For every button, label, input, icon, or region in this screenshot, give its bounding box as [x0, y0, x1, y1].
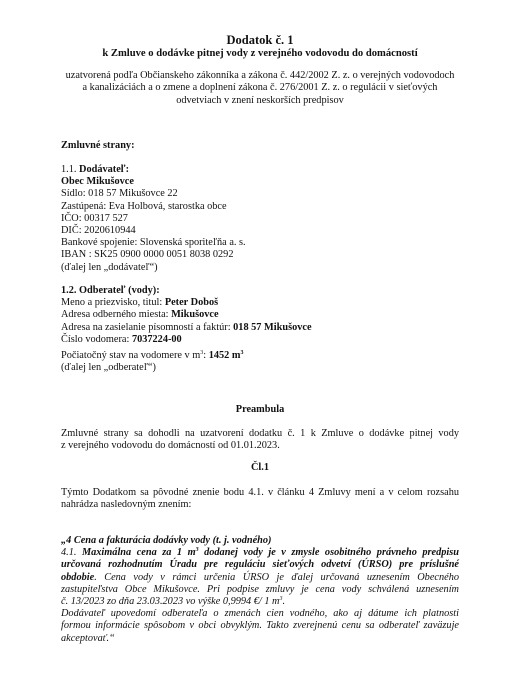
- preamble-line: Zmluvné strany sa dohodli na uzatvorení …: [61, 428, 459, 440]
- supplier-represented: Zastúpená: Eva Holbová, starostka obce: [61, 201, 461, 213]
- intro-line: uzatvorená podľa Občianskeho zákonníka a…: [40, 70, 480, 82]
- quote-p1-line2-text: určovaná rozhodnutím Úradu pre reguláciu…: [61, 559, 459, 570]
- customer-mail: Adresa na zasielanie písomností a faktúr…: [61, 322, 461, 334]
- customer-section: 1.2. Odberateľ (vody): Meno a priezvisko…: [61, 285, 461, 346]
- customer-mail-label: Adresa na zasielanie písomností a faktúr…: [61, 322, 233, 333]
- customer-place-label: Adresa odberného miesta:: [61, 309, 171, 320]
- customer-place: Adresa odberného miesta: Mikušovce: [61, 309, 461, 321]
- customer-alias: (ďalej len „odberateľ“): [61, 362, 461, 374]
- document-page: Dodatok č. 1 k Zmluve o dodávke pitnej v…: [0, 0, 520, 680]
- supplier-alias: (ďalej len „dodávateľ“): [61, 262, 461, 274]
- quote-p1-line1: 4.1. Maximálna cena za 1 m3 dodanej vody…: [61, 547, 459, 559]
- customer-place-value: Mikušovce: [171, 309, 218, 320]
- quote-p1-bold-a: Maximálna cena za 1 m: [82, 547, 196, 558]
- supplier-ico: IČO: 00317 527: [61, 213, 461, 225]
- supplier-heading: 1.1. Dodávateľ:: [61, 164, 461, 176]
- intro-line: odvetviach v znení neskorších predpisov: [40, 95, 480, 107]
- quote-section-title-text: „4 Cena a fakturácia dodávky vody (t. j.…: [61, 535, 272, 546]
- initial-state-label: Počiatočný stav na vodomere v m: [61, 350, 200, 361]
- customer-name: Meno a priezvisko, titul: Peter Doboš: [61, 297, 461, 309]
- quote-p2-line: formou informácie spôsobom v obci obvykl…: [61, 620, 459, 632]
- article1-text: Týmto Dodatkom sa pôvodné znenie bodu 4.…: [61, 487, 459, 511]
- article1-heading: Čl.1: [0, 462, 520, 474]
- supplier-name-text: Obec Mikušovce: [61, 176, 134, 187]
- supplier-bank: Bankové spojenie: Slovenská sporiteľňa a…: [61, 237, 461, 249]
- quote-p1-line5-text: č. 13/2023 zo dňa 23.03.2023 vo výške 0,…: [61, 596, 280, 607]
- supplier-iban: IBAN : SK25 0900 0000 0051 8038 0292: [61, 249, 461, 261]
- quote-p1-line2: určovaná rozhodnutím Úradu pre reguláciu…: [61, 559, 459, 571]
- document-title: Dodatok č. 1: [0, 33, 520, 48]
- intro-line: a kanalizáciách a o zmene a doplnení zák…: [40, 82, 480, 94]
- customer-meter-value: 7037224-00: [132, 334, 182, 345]
- supplier-label: Dodávateľ:: [79, 164, 129, 175]
- quote-p1-line3-rest: . Cena vody v rámci určenia ÚRSO je ďale…: [94, 572, 459, 583]
- quote-p2-line: akceptovať.“: [61, 633, 459, 645]
- quote-p1-line5: č. 13/2023 zo dňa 23.03.2023 vo výške 0,…: [61, 596, 459, 608]
- initial-state-value: 1452 m: [209, 350, 241, 361]
- quote-p1-number: 4.1.: [61, 547, 82, 558]
- article1-line: nahrádza nasledovným znením:: [61, 499, 459, 511]
- quote-p1-line3-bold: obdobie: [61, 572, 94, 583]
- quote-p2-line: Dodávateľ upovedomí odberateľa o zmenách…: [61, 608, 459, 620]
- parties-heading: Zmluvné strany:: [61, 140, 461, 152]
- supplier-seat: Sídlo: 018 57 Mikušovce 22: [61, 188, 461, 200]
- supplier-dic: DIČ: 2020610944: [61, 225, 461, 237]
- quote-section-title: „4 Cena a fakturácia dodávky vody (t. j.…: [61, 535, 459, 547]
- customer-meter-label: Číslo vodomera:: [61, 334, 132, 345]
- quote-p1-line4: zastupiteľstva Obce Mikušovce. Pri podpi…: [61, 584, 459, 596]
- initial-state-line: Počiatočný stav na vodomere v m3: 1452 m…: [61, 350, 461, 362]
- parties-heading-text: Zmluvné strany:: [61, 140, 135, 151]
- supplier-name: Obec Mikušovce: [61, 176, 461, 188]
- customer-name-value: Peter Doboš: [165, 297, 218, 308]
- preamble-heading: Preambula: [0, 404, 520, 416]
- preamble-text: Zmluvné strany sa dohodli na uzatvorení …: [61, 428, 459, 452]
- preamble-line: z verejného vodovodu do domácností od 01…: [61, 440, 459, 452]
- quote-p1-line5-end: .: [283, 596, 286, 607]
- customer-mail-value: 018 57 Mikušovce: [233, 322, 311, 333]
- quote-p1-bold-b: dodanej vody je v zmysle osobitného práv…: [199, 547, 459, 558]
- intro-text: uzatvorená podľa Občianskeho zákonníka a…: [40, 70, 480, 107]
- supplier-section: 1.1. Dodávateľ: Obec Mikušovce Sídlo: 01…: [61, 164, 461, 274]
- article1-quote: „4 Cena a fakturácia dodávky vody (t. j.…: [61, 535, 459, 645]
- document-subtitle: k Zmluve o dodávke pitnej vody z verejné…: [0, 47, 520, 60]
- customer-meter: Číslo vodomera: 7037224-00: [61, 334, 461, 346]
- article1-line: Týmto Dodatkom sa pôvodné znenie bodu 4.…: [61, 487, 459, 499]
- supplier-number: 1.1.: [61, 164, 76, 175]
- initial-state-value-sup: 3: [240, 350, 243, 356]
- customer-heading-text: 1.2. Odberateľ (vody):: [61, 285, 160, 296]
- customer-name-label: Meno a priezvisko, titul:: [61, 297, 165, 308]
- customer-initial-state: Počiatočný stav na vodomere v m3: 1452 m…: [61, 350, 461, 374]
- customer-heading: 1.2. Odberateľ (vody):: [61, 285, 461, 297]
- quote-p1-line3: obdobie. Cena vody v rámci určenia ÚRSO …: [61, 572, 459, 584]
